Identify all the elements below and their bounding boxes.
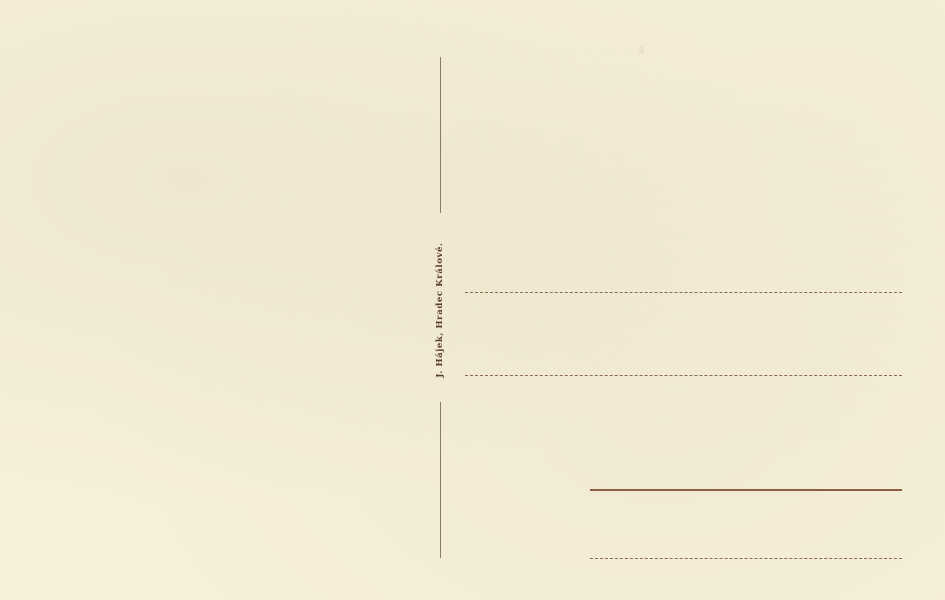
address-line-2 <box>465 375 902 376</box>
center-divider-top <box>440 57 441 213</box>
address-line-1 <box>465 292 902 293</box>
postcard-back: · · · · · · 4 · · · J. Hájek, Hradec Krá… <box>0 0 945 600</box>
publisher-imprint: J. Hájek, Hradec Králové. <box>435 242 445 377</box>
address-line-4 <box>590 558 902 559</box>
faint-header-text: · · · · · · 4 · · · <box>560 44 687 57</box>
address-line-3-solid <box>590 489 902 491</box>
center-divider-bottom <box>440 402 441 558</box>
